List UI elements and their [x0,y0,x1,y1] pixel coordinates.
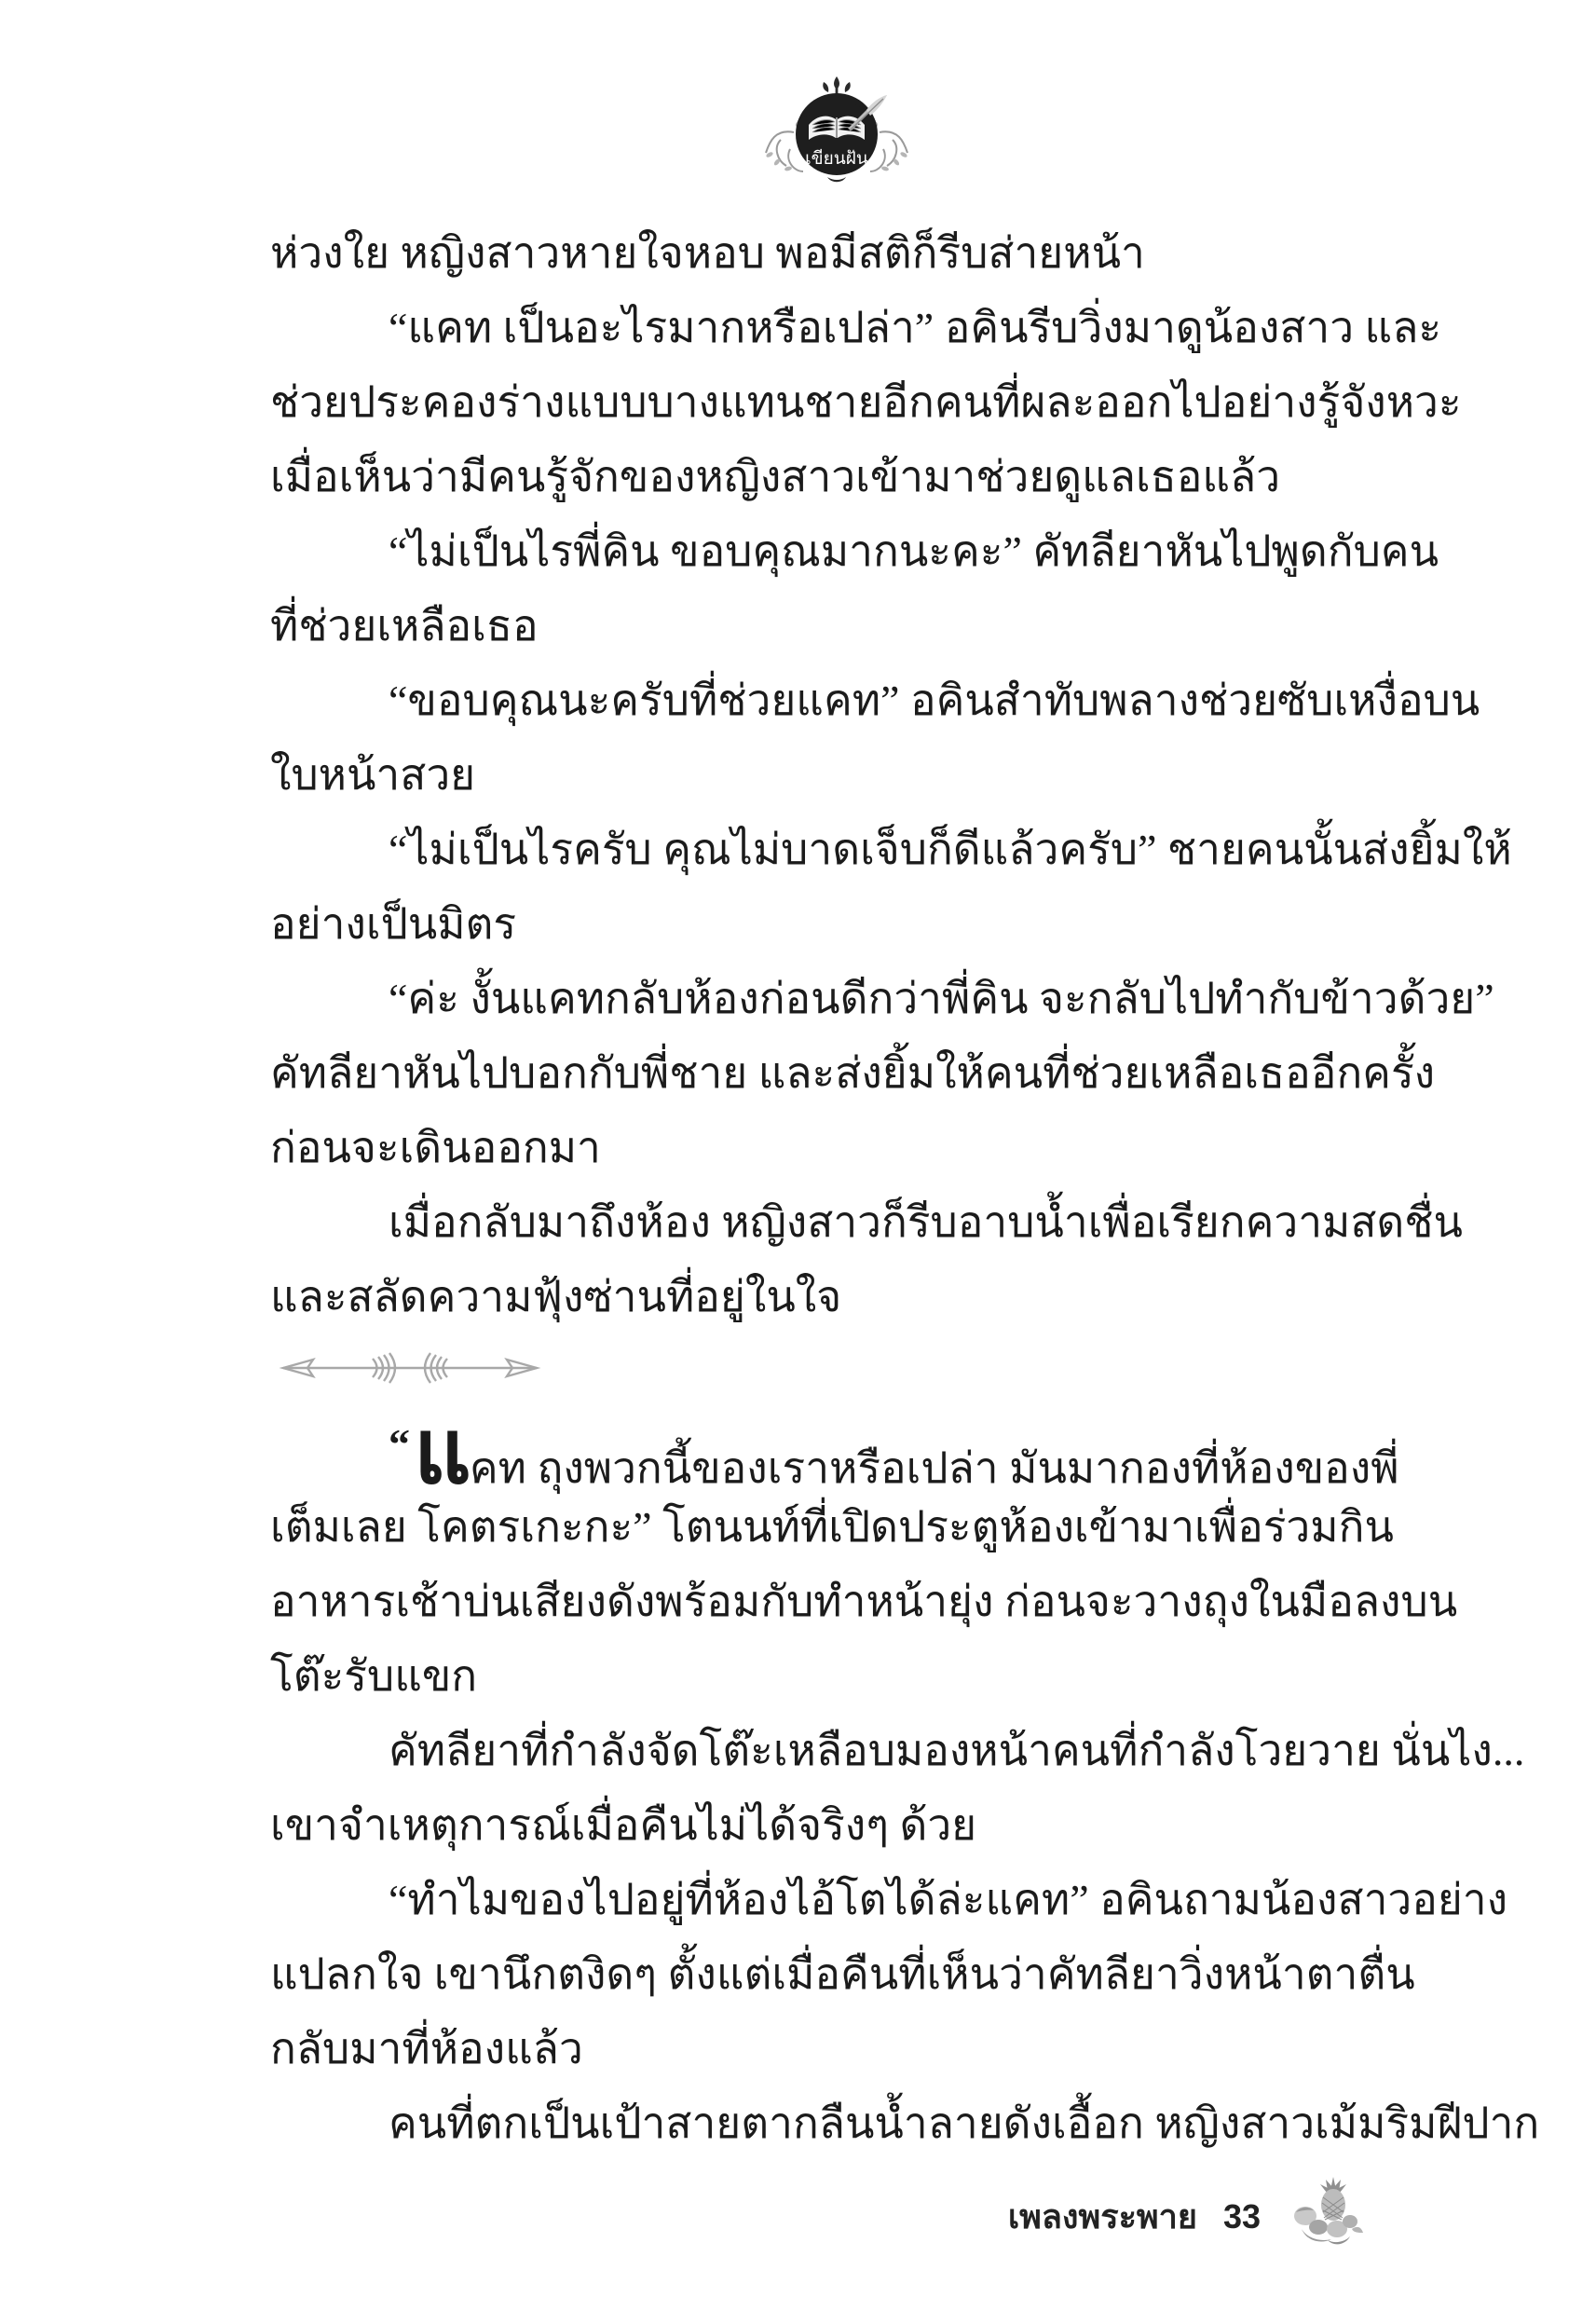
lead-line-text: คท ถุงพวกนี้ของเราหรือเปล่า มันมากองที่ห… [470,1444,1399,1492]
text-line: “แคท ถุงพวกนี้ของเราหรือเปล่า มันมากองที… [270,1415,1416,1490]
text-line: ที่ช่วยเหลือเธอ [270,589,1416,663]
text-line: คนที่ตกเป็นเป้าสายตากลืนน้ำลายดังเอื้อก … [270,2086,1416,2161]
text-line: ช่วยประคองร่างแบบบางแทนชายอีกคนที่ผละออก… [270,365,1416,440]
text-line: และสลัดความฟุ้งซ่านที่อยู่ในใจ [270,1260,1416,1334]
text-line: อาหารเช้าบ่นเสียงดังพร้อมกับทำหน้ายุ่ง ก… [270,1565,1416,1639]
page-footer: เพลงพระพาย 33 [1008,2179,1363,2253]
text-line: “ทำไมของไปอยู่ที่ห้องไอ้โตได้ล่ะแคท” อคิ… [270,1863,1416,1937]
scene-divider-arrow-icon [270,1347,550,1388]
book-page: เขียนฝัน ห่วงใย หญิงสาวหายใจหอบ พอมีสติก… [0,0,1596,2311]
text-line: เต็มเลย โคตรเกะกะ” โตนนท์ที่เปิดประตูห้อ… [270,1490,1416,1565]
page-body: ห่วงใย หญิงสาวหายใจหอบ พอมีสติก็รีบส่ายห… [270,216,1416,2161]
publisher-name: เขียนฝัน [805,148,868,169]
fruit-cluster-icon [1285,2175,1363,2249]
text-line: โต๊ะรับแขก [270,1639,1416,1714]
publisher-logo: เขียนฝัน [762,75,911,186]
text-line: เมื่อเห็นว่ามีคนรู้จักของหญิงสาวเข้ามาช่… [270,440,1416,514]
book-title: เพลงพระพาย [1008,2190,1197,2243]
text-line: กลับมาที่ห้องแล้ว [270,2012,1416,2086]
page-number: 33 [1223,2197,1261,2236]
text-line: ใบหน้าสวย [270,738,1416,813]
book-and-quill-emblem-icon: เขียนฝัน [762,75,911,186]
text-line: เมื่อกลับมาถึงห้อง หญิงสาวก็รีบอาบน้ำเพื… [270,1185,1416,1260]
dropcap-letter: แ [414,1402,470,1502]
text-line: เขาจำเหตุการณ์เมื่อคืนไม่ได้จริงๆ ด้วย [270,1788,1416,1863]
text-line: อย่างเป็นมิตร [270,887,1416,962]
section-1: ห่วงใย หญิงสาวหายใจหอบ พอมีสติก็รีบส่ายห… [270,216,1416,1334]
text-line: “ไม่เป็นไรพี่คิน ขอบคุณมากนะคะ” คัทลียาห… [270,514,1416,589]
text-line: “ขอบคุณนะครับที่ช่วยแคท” อคินสำทับพลางช่… [270,663,1416,738]
text-line: ห่วงใย หญิงสาวหายใจหอบ พอมีสติก็รีบส่ายห… [270,216,1416,291]
text-line: คัทลียาหันไปบอกกับพี่ชาย และส่งยิ้มให้คน… [270,1036,1416,1111]
text-line: “ไม่เป็นไรครับ คุณไม่บาดเจ็บก็ดีแล้วครับ… [270,813,1416,887]
text-line: “แคท เป็นอะไรมากหรือเปล่า” อคินรีบวิ่งมา… [270,291,1416,365]
section-2: “แคท ถุงพวกนี้ของเราหรือเปล่า มันมากองที… [270,1415,1416,2161]
text-line: ก่อนจะเดินออกมา [270,1111,1416,1185]
opening-quote-mark: “ [389,1420,410,1468]
running-footer: เพลงพระพาย 33 [1008,2190,1261,2243]
text-line: “ค่ะ งั้นแคทกลับห้องก่อนดีกว่าพี่คิน จะก… [270,962,1416,1036]
text-line: คัทลียาที่กำลังจัดโต๊ะเหลือบมองหน้าคนที่… [270,1714,1416,1788]
text-line: แปลกใจ เขานึกตงิดๆ ตั้งแต่เมื่อคืนที่เห็… [270,1937,1416,2012]
